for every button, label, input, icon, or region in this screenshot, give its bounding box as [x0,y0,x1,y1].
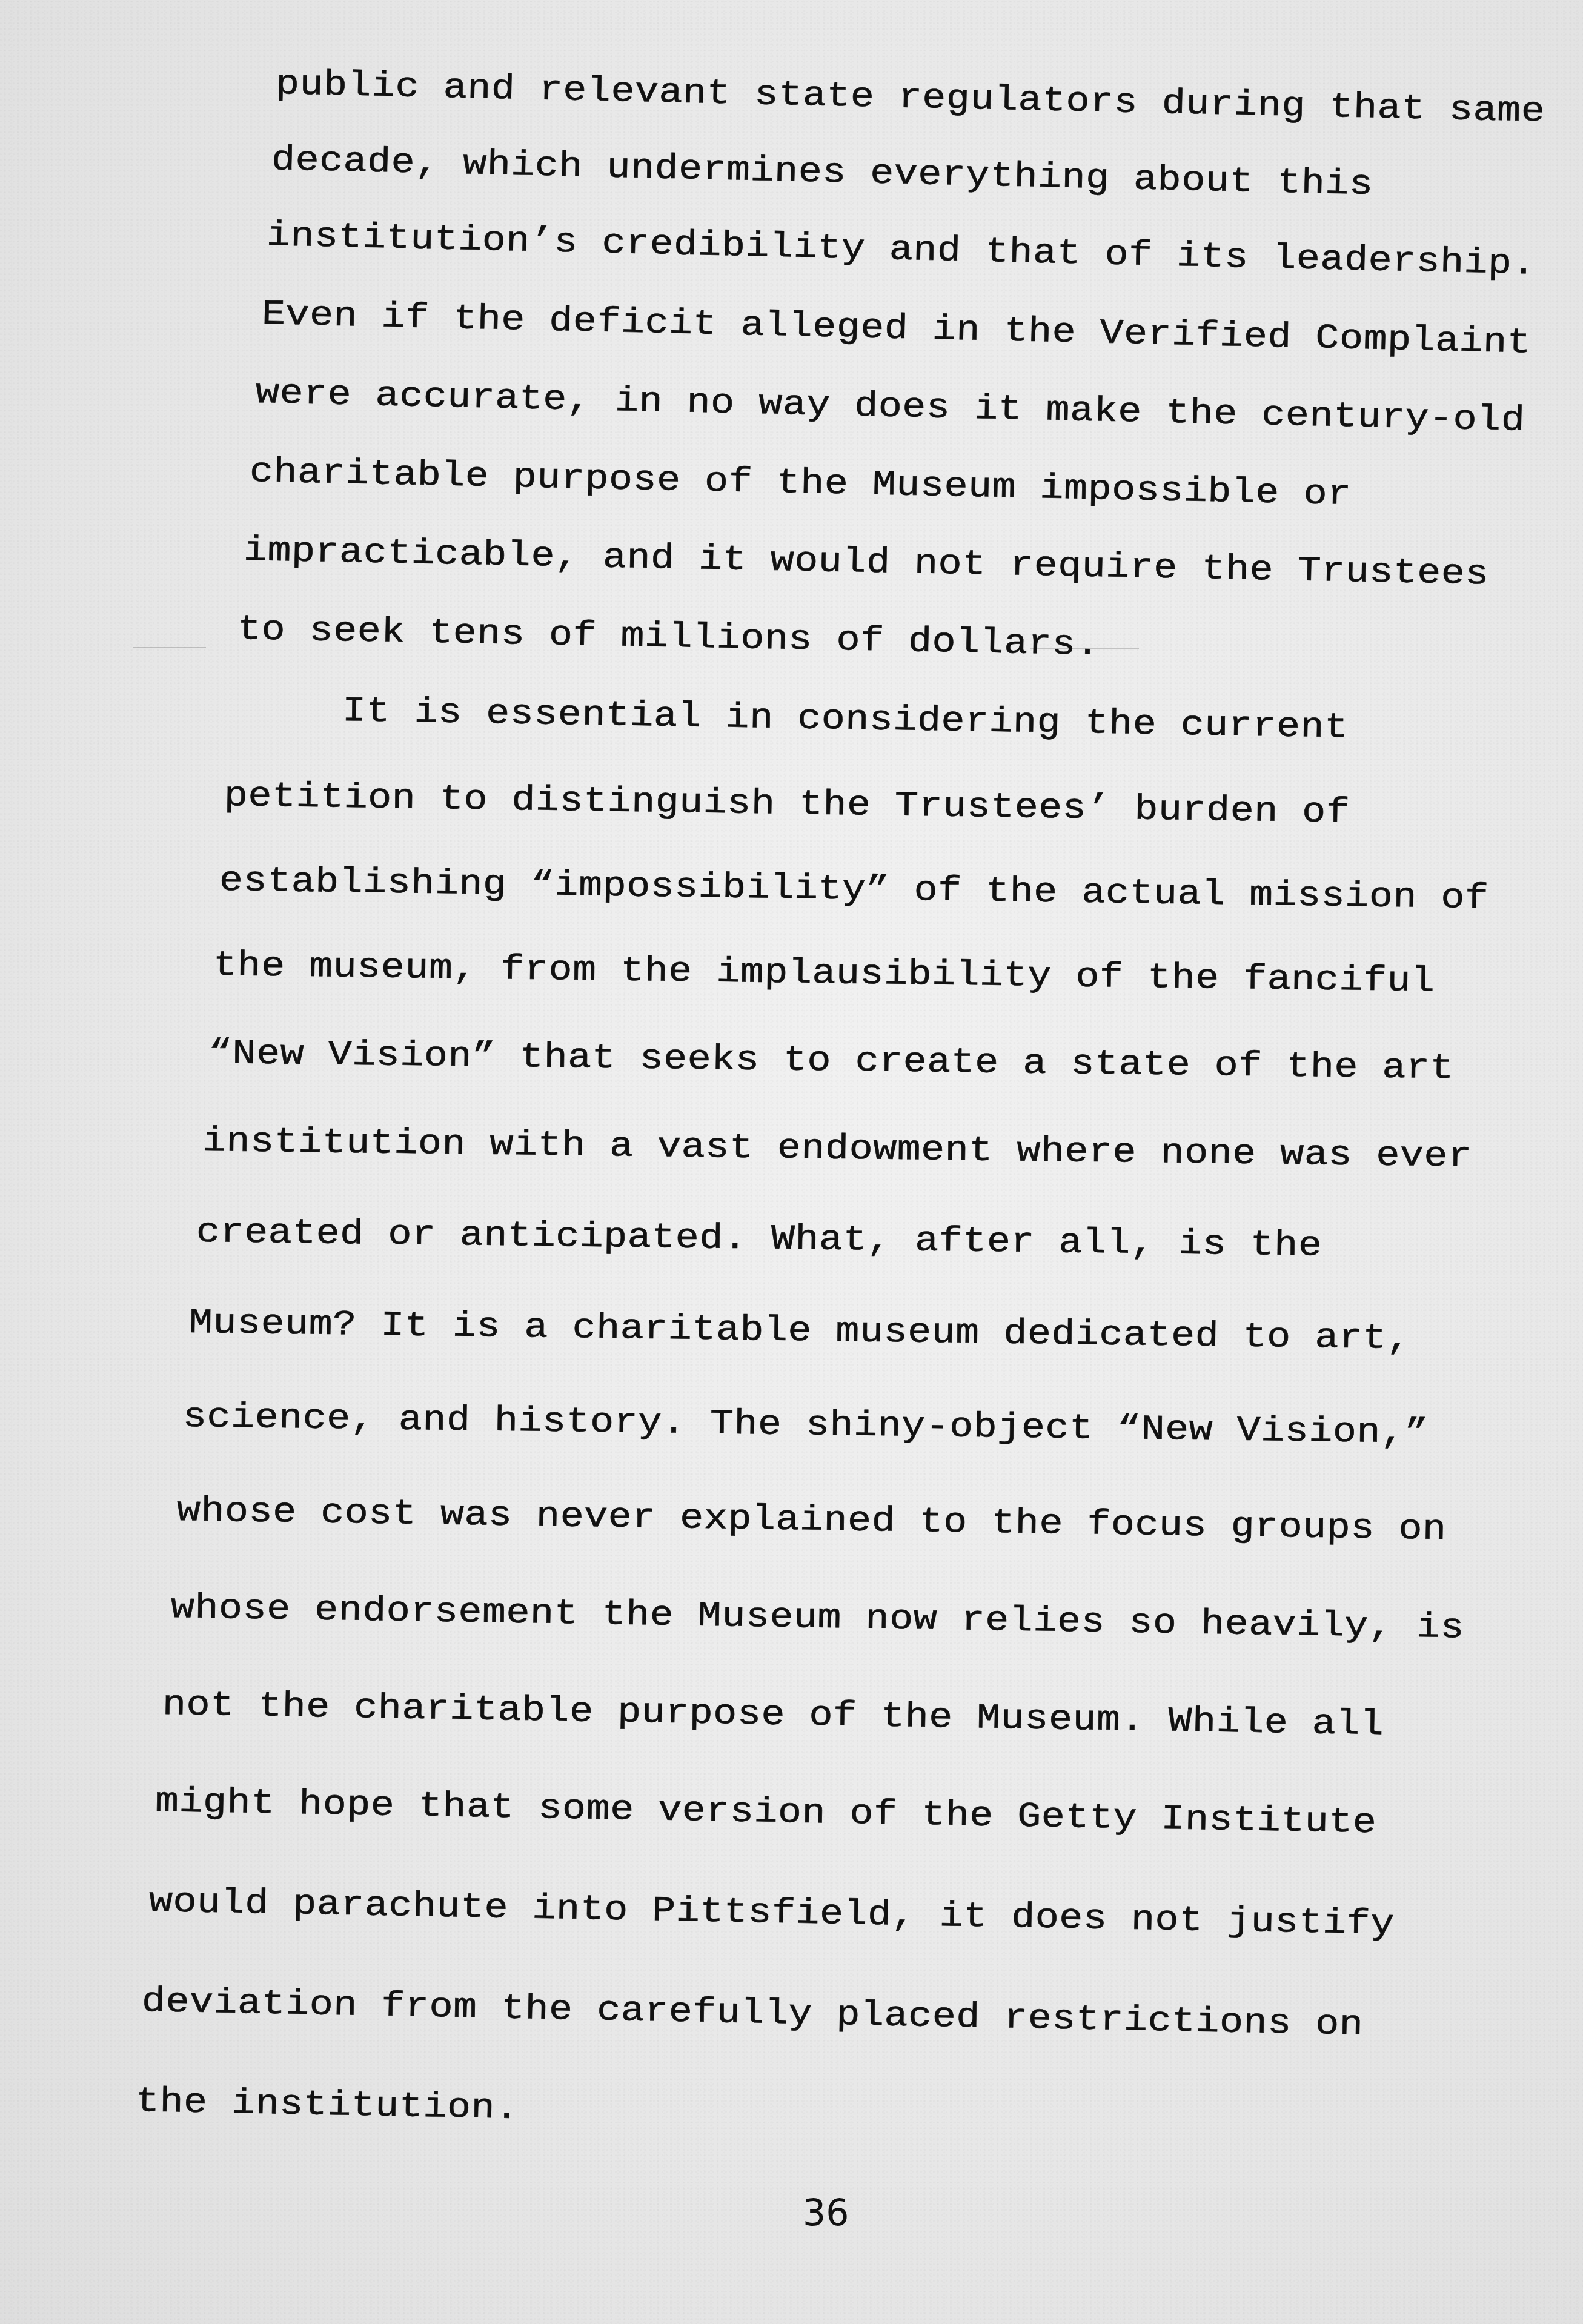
text-line: institution’s credibility and that of it… [266,215,1536,287]
document-body: public and relevant state regulators dur… [0,0,1583,2324]
text-line: petition to distinguish the Trustees’ bu… [224,775,1350,835]
text-line: science, and history. The shiny-object “… [183,1396,1429,1455]
page-number: 36 [803,2192,849,2234]
text-line: public and relevant state regulators dur… [275,64,1545,134]
text-line: whose endorsement the Museum now relies … [170,1587,1464,1650]
text-line: Even if the deficit alleged in the Verif… [261,294,1532,365]
text-line: establishing “impossibility” of the actu… [219,860,1490,920]
text-line: impracticable, and it would not require … [243,530,1489,596]
text-line: to seek tens of millions of dollars. [237,609,1100,667]
text-line: might hope that some version of the Gett… [154,1781,1377,1845]
text-line: the museum, from the implausibility of t… [213,945,1435,1003]
text-line: would parachute into Pittsfield, it does… [148,1881,1395,1947]
text-line: charitable purpose of the Museum impossi… [249,451,1352,517]
text-line: Museum? It is a charitable museum dedica… [189,1303,1411,1361]
text-line: created or anticipated. What, after all,… [196,1212,1322,1268]
text-line: “New Vision” that seeks to create a stat… [208,1033,1455,1091]
text-line: not the charitable purpose of the Museum… [162,1684,1384,1747]
document-page: public and relevant state regulators dur… [0,0,1583,2324]
text-line: deviation from the carefully placed rest… [141,1981,1364,2047]
text-line: institution with a vast endowment where … [202,1121,1472,1179]
text-line: whose cost was never explained to the fo… [176,1490,1447,1552]
text-line: were accurate, in no way does it make th… [255,373,1525,443]
text-line: It is essential in considering the curre… [342,691,1349,750]
text-line: decade, which undermines everything abou… [271,139,1373,207]
text-line: the institution. [135,2081,519,2131]
